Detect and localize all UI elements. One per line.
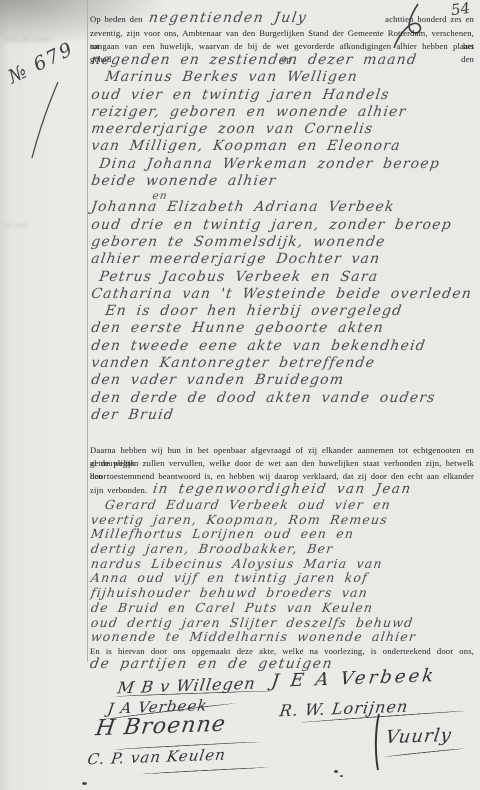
handwritten-witnesses-block: Gerard Eduard Verbeek oud vier en veerti… <box>90 497 474 644</box>
signature-registrar: Vuurly <box>384 725 453 748</box>
handwritten-line: Petrus Jacobus Verbeek en Sara <box>90 269 476 286</box>
handwritten-line: Marinus Berkes van Welligen <box>90 69 476 86</box>
handwritten-line: fijhuishouder behuwd broeders van <box>90 585 476 600</box>
handwritten-line: Johanna Elizabeth Adriana Verbeek <box>90 199 476 216</box>
handwritten-line: nardus Libecinus Aloysius Maria van <box>90 556 476 571</box>
handwritten-line: negenden en zestienden dezer maand <box>90 52 476 69</box>
bleedthrough-text: ▪▪ ▪▪▪ <box>4 220 64 230</box>
handwritten-line: Dina Johanna Werkeman zonder beroep <box>90 156 476 173</box>
handwritten-line: den eerste Hunne geboorte akten <box>90 320 476 337</box>
handwritten-line: Gerard Eduard Verbeek oud vier en <box>90 497 476 512</box>
handwritten-date: negentienden July <box>147 10 380 26</box>
handwritten-line: dertig jaren, Broodbakker, Ber <box>90 541 476 556</box>
handwritten-witness-intro: in tegenwoordigheid van Jean <box>152 481 413 497</box>
handwritten-line: wonende te Middelharnis wonende alhier <box>90 629 476 644</box>
handwritten-line: Millefhortus Lorijnen oud een en <box>90 526 476 541</box>
handwritten-line: Catharina van 't Westeinde beide overled… <box>90 286 476 303</box>
handwritten-line: de Bruid en Carel Puts van Keulen <box>90 600 476 615</box>
handwritten-line: reiziger, geboren en wonende alhier <box>90 104 476 121</box>
handwritten-line: van Milligen, Koopman en Eleonora <box>90 138 476 155</box>
handwritten-line: veertig jaren, Koopman, Rom Remeus <box>90 512 476 527</box>
handwritten-line: den vader vanden Bruidegom <box>90 372 476 389</box>
ink-blot <box>340 775 343 777</box>
signature-flourish <box>384 748 464 757</box>
signature-bride: J E A Verbeek <box>270 665 438 692</box>
handwritten-line: den derde de dood akten vande ouders <box>90 390 476 407</box>
handwritten-line: vanden Kantonregter betreffende <box>90 355 476 372</box>
signature-witness: H Broenne <box>94 712 228 742</box>
document-page: ▪▪▪ ▪▪ ▪▪▪▪ ▪▪ ▪▪▪ № 679 54 Op heden den… <box>0 0 480 790</box>
handwritten-parties-block: negenden en zestienden dezer maand Marin… <box>90 52 474 424</box>
handwritten-line: beide wonende alhier <box>90 173 476 190</box>
pen-tail-stroke <box>28 80 68 160</box>
registrar-bracket-stroke <box>372 712 382 772</box>
signature-flourish <box>140 767 270 775</box>
handwritten-line: oud vier en twintig jaren Handels <box>90 87 476 104</box>
handwritten-line: meerderjarige zoon van Cornelis <box>90 121 476 138</box>
handwritten-line: oud dertig jaren Slijter deszelfs behuwd <box>90 615 476 630</box>
printed-text: Op heden den <box>90 13 143 26</box>
opening-line-1: Op heden den negentienden July achttien … <box>90 10 474 26</box>
handwritten-line: Anna oud vijf en twintig jaren kof <box>90 570 476 585</box>
handwritten-line: oud drie en twintig jaren, zonder beroep <box>90 217 476 234</box>
printed-text: achttien honderd zes en <box>385 13 474 26</box>
ink-blot <box>82 782 87 785</box>
signature-witness: C. P. van Keulen <box>86 746 227 769</box>
vows-line-4: zijn verbonden. in tegenwoordigheid van … <box>90 481 474 497</box>
handwritten-line: der Bruid <box>90 407 476 424</box>
handwritten-line: alhier meerderjarige Dochter van <box>90 251 476 268</box>
handwritten-line: den tweede eene akte van bekendheid <box>90 338 476 355</box>
signature-witness: R. W. Lorijnen <box>278 697 410 720</box>
printed-text: zijn verbonden. <box>90 484 147 497</box>
ink-blot <box>334 770 338 773</box>
handwritten-line: geboren te Sommelsdijk, wonende <box>90 234 476 251</box>
handwritten-line: En is door hen hierbij overgelegd <box>90 303 476 320</box>
margin-rule-line <box>87 0 88 662</box>
